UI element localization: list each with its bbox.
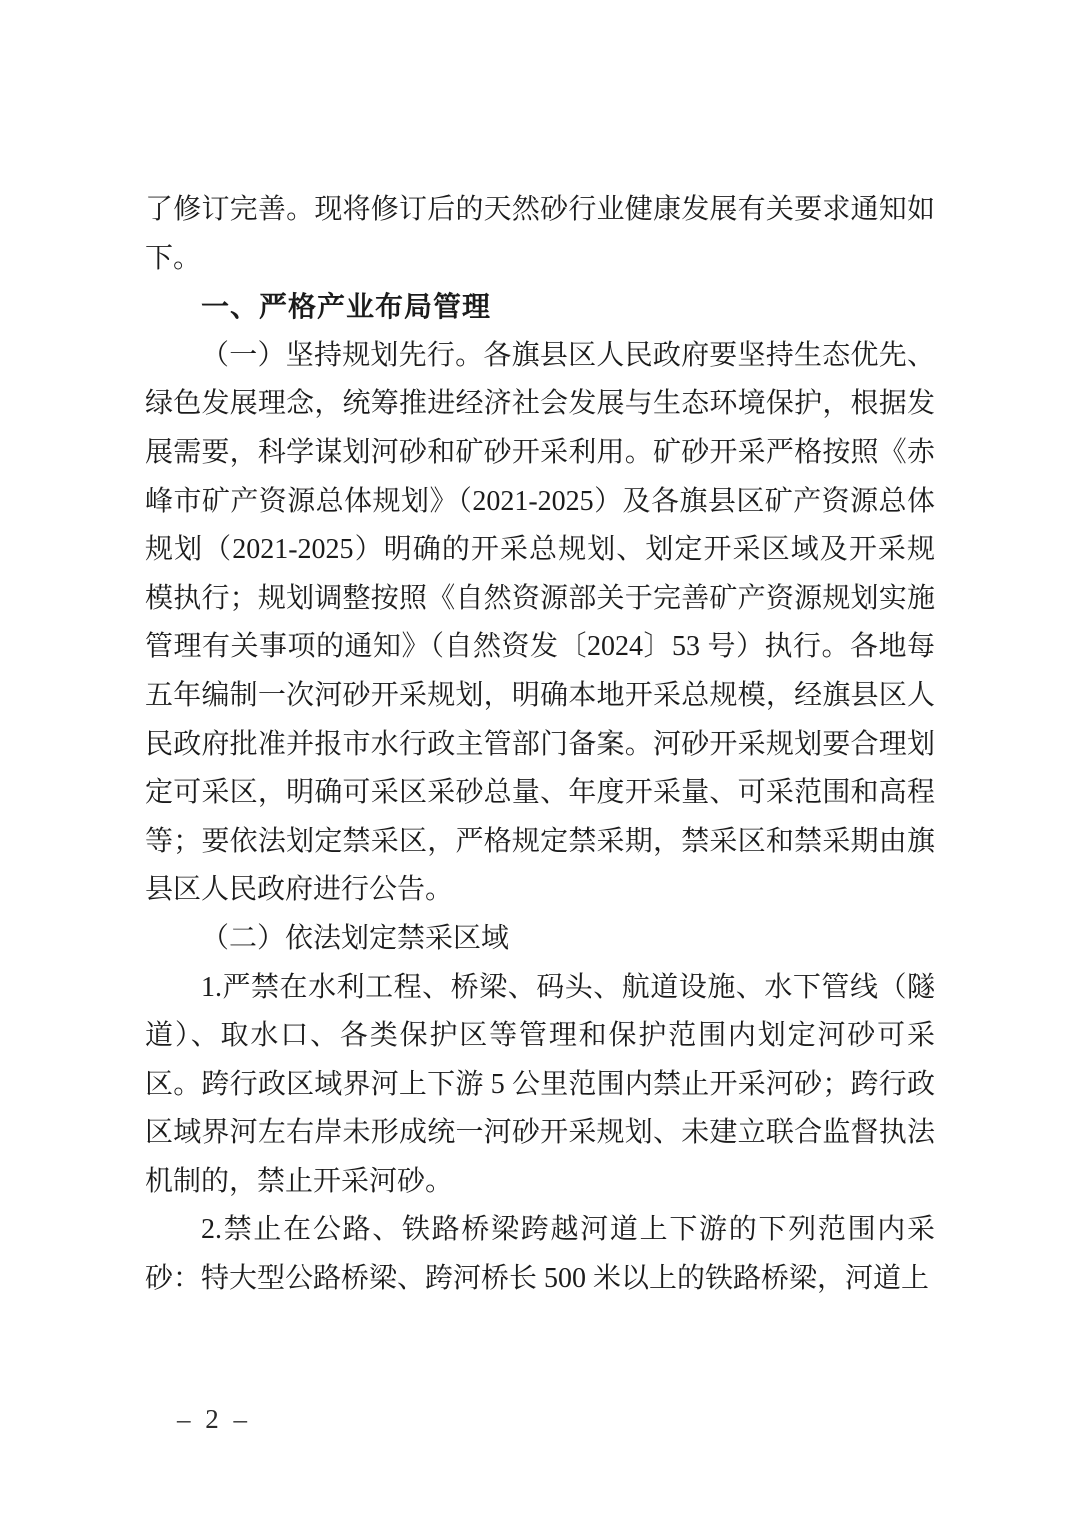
page-number: – 2 –	[177, 1404, 251, 1435]
section-heading-1: 一、严格产业布局管理	[145, 283, 935, 332]
document-page: 了修订完善。现将修订后的天然砂行业健康发展有关要求通知如下。 一、严格产业布局管…	[0, 0, 1074, 1520]
paragraph-item-1: （一）坚持规划先行。各旗县区人民政府要坚持生态优先、绿色发展理念，统筹推进经济社…	[145, 332, 935, 915]
paragraph-clause-1: 1.严禁在水利工程、桥梁、码头、航道设施、水下管线（隧道）、取水口、各类保护区等…	[145, 964, 935, 1207]
document-body: 了修订完善。现将修订后的天然砂行业健康发展有关要求通知如下。 一、严格产业布局管…	[145, 186, 935, 1304]
paragraph-continuation: 了修订完善。现将修订后的天然砂行业健康发展有关要求通知如下。	[145, 186, 935, 283]
paragraph-clause-2: 2.禁止在公路、铁路桥梁跨越河道上下游的下列范围内采砂：特大型公路桥梁、跨河桥长…	[145, 1206, 935, 1303]
subsection-heading-2: （二）依法划定禁采区域	[145, 915, 935, 964]
